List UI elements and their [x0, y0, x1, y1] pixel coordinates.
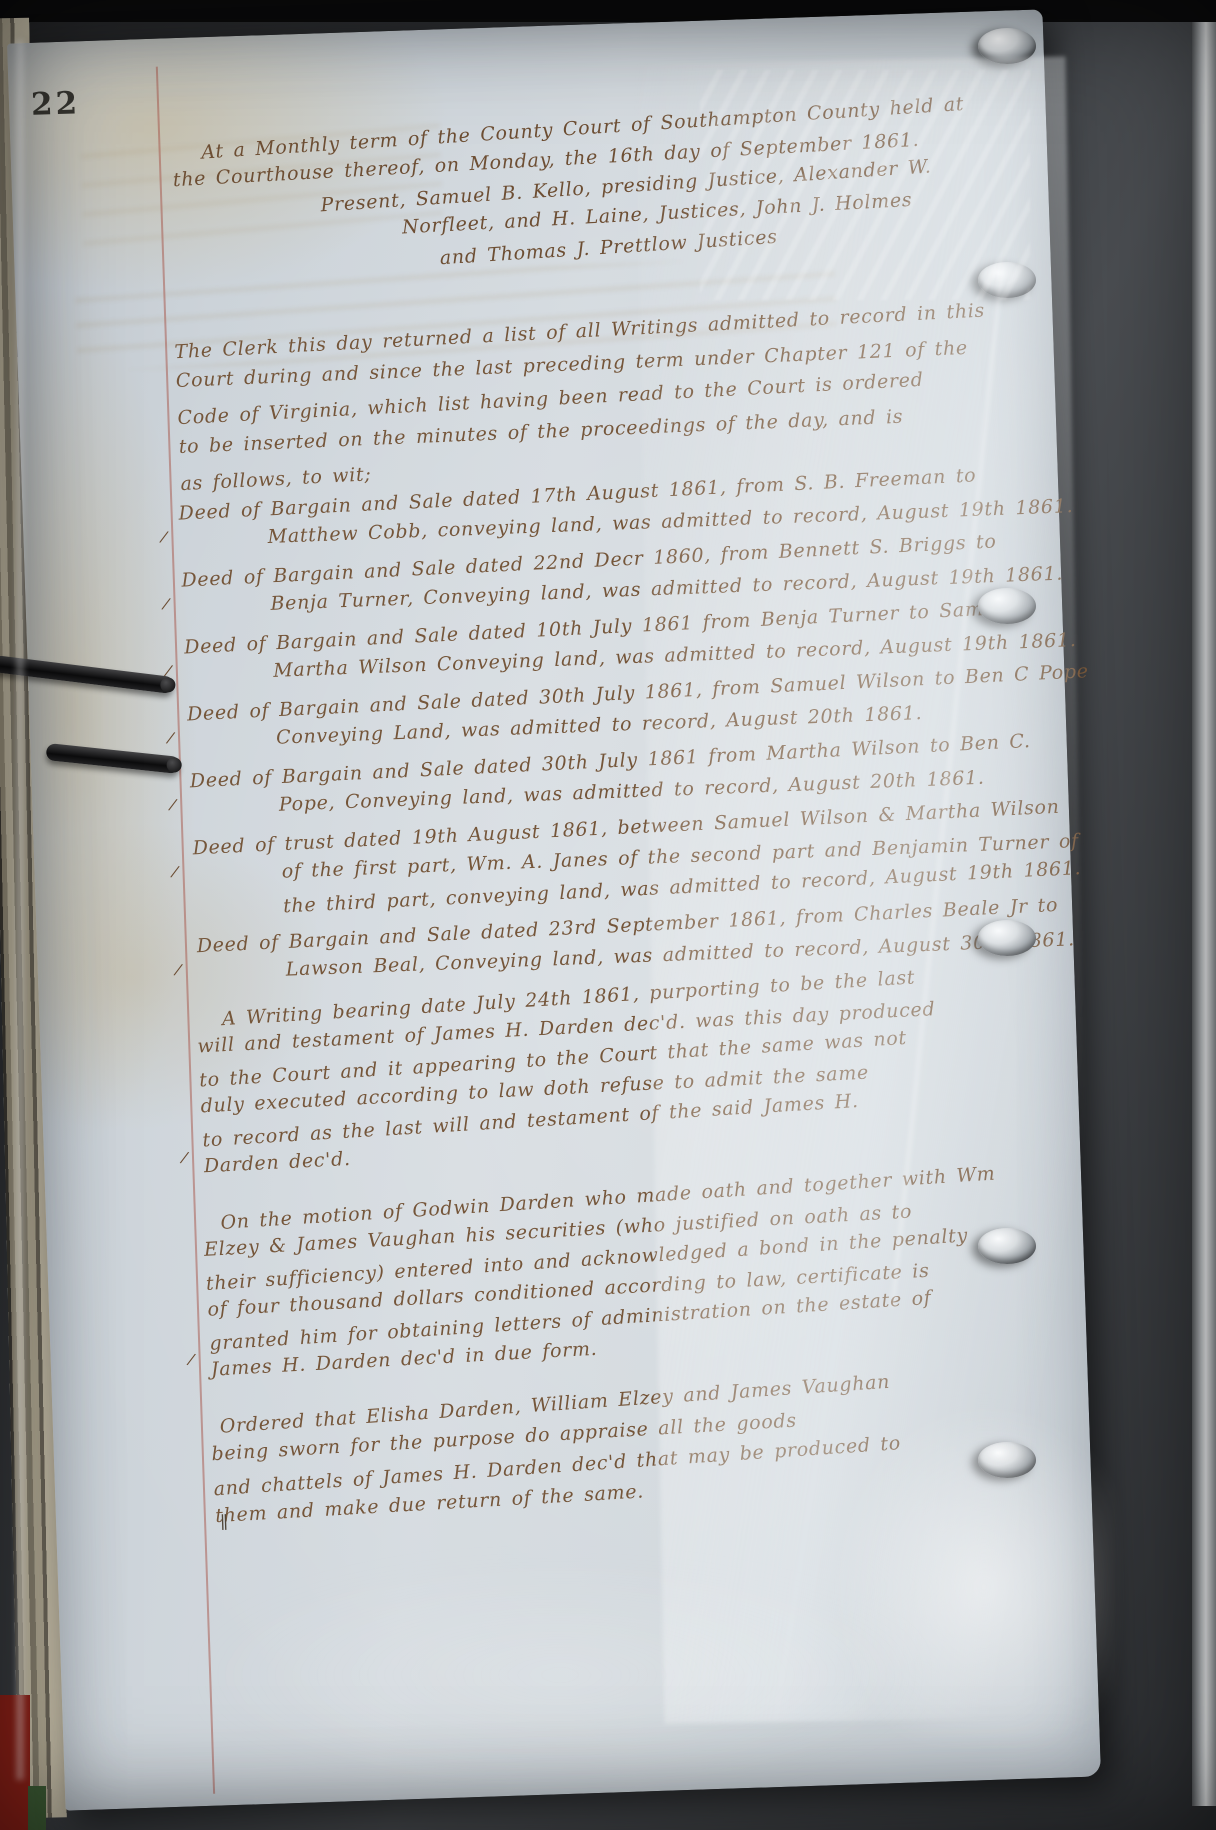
binder-post: [978, 1228, 1036, 1264]
administration-paragraph: On the motion of Godwin Darden who made …: [202, 1157, 1077, 1387]
margin-tick-icon: ∕: [174, 960, 182, 979]
margin-tick-icon: ∕: [160, 527, 168, 546]
binder-post: [978, 262, 1036, 298]
margin-tick-icon: ∕: [169, 795, 177, 814]
photo-of-court-record-book: 22 At a Monthly term of the County Court…: [0, 0, 1216, 1830]
binder-green-edge: [28, 1786, 46, 1830]
deed-list: Deed of Bargain and Sale dated 17th Augu…: [178, 460, 1064, 996]
margin-tick-icon: ∕: [167, 728, 175, 747]
margin-tick-icon: ∕: [187, 1350, 195, 1369]
binder-post: [978, 920, 1036, 956]
binder-post: [978, 588, 1036, 624]
page-number: 22: [30, 85, 80, 123]
ledger-page: 22 At a Monthly term of the County Court…: [7, 9, 1101, 1810]
margin-tick-icon: ∕: [162, 594, 170, 613]
margin-tick-icon: ∕: [180, 1148, 188, 1167]
binder-metal-rail: [1192, 22, 1216, 1806]
margin-double-tick-icon: ∥: [220, 1513, 231, 1533]
appraisal-order-paragraph: Ordered that Elisha Darden, William Elze…: [209, 1357, 1081, 1534]
session-header-paragraph: At a Monthly term of the County Court of…: [166, 87, 1039, 287]
binder-post: [978, 1442, 1036, 1478]
binder-red-cover: [0, 1695, 30, 1830]
margin-tick-icon: ∕: [171, 862, 179, 881]
binder-post: [978, 28, 1036, 64]
